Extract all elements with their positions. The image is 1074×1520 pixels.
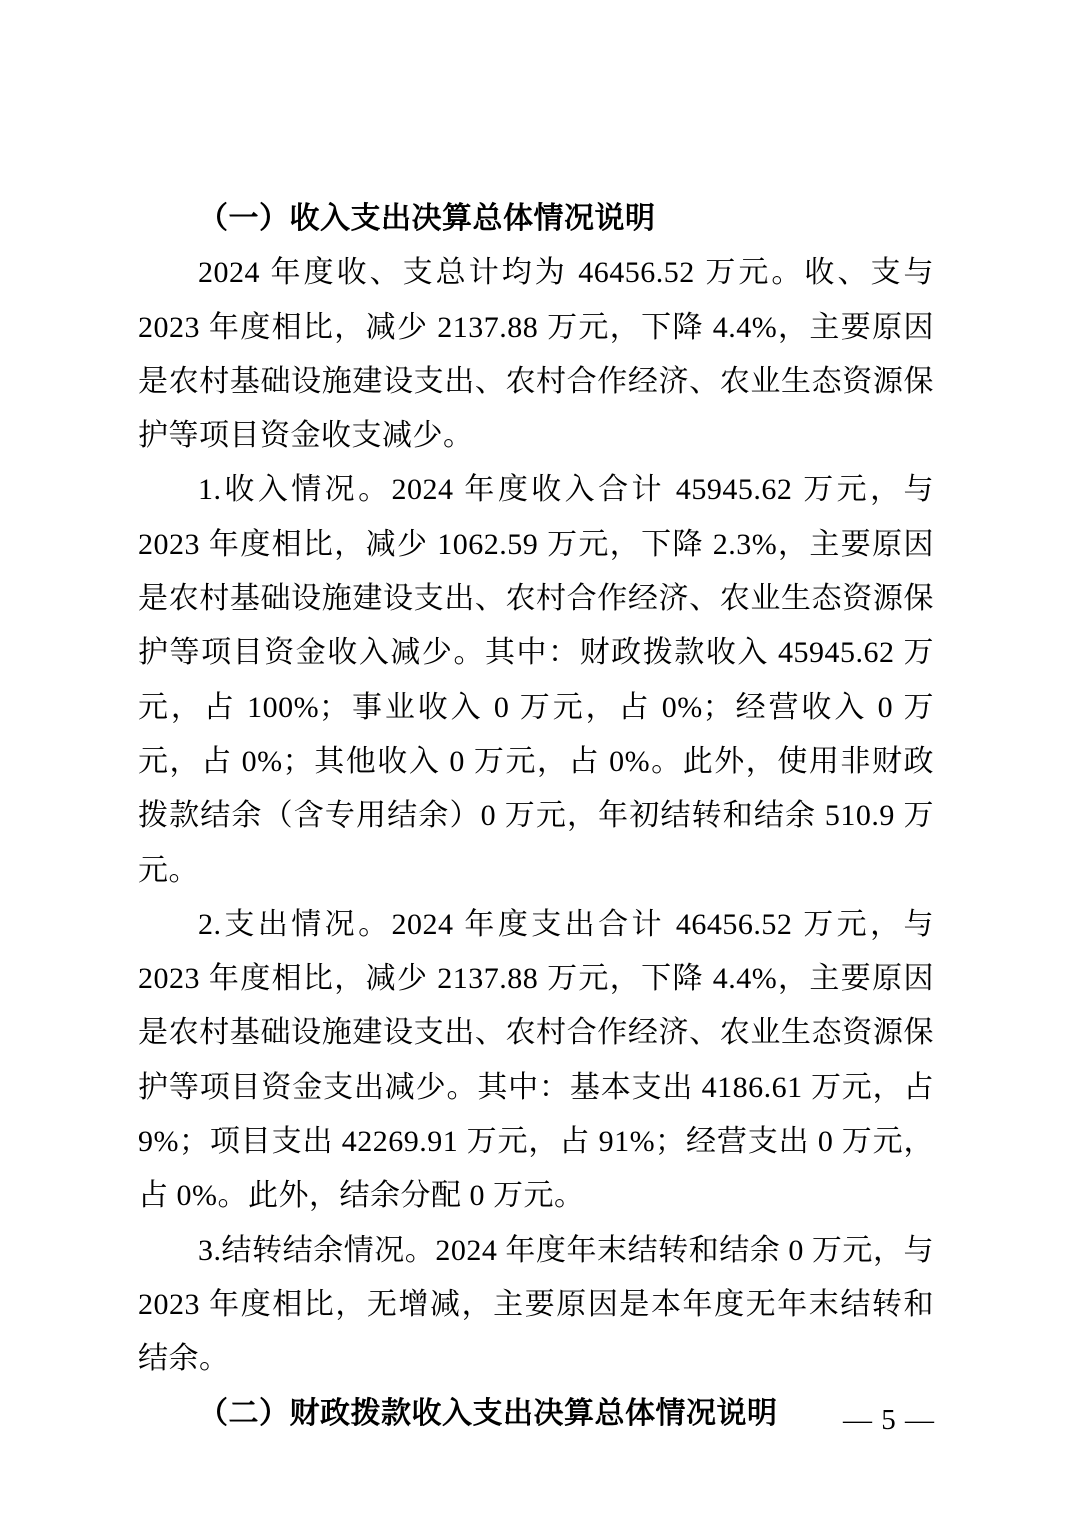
page-number: — 5 —	[843, 1400, 935, 1440]
paragraph-expenditure-situation: 2.支出情况。2024 年度支出合计 46456.52 万元，与 2023 年度…	[138, 898, 934, 1224]
document-page: （一）收入支出决算总体情况说明 2024 年度收、支总计均为 46456.52 …	[0, 0, 1074, 1520]
paragraph-income-situation: 1.收入情况。2024 年度收入合计 45945.62 万元，与 2023 年度…	[138, 463, 934, 897]
paragraph-total-overview: 2024 年度收、支总计均为 46456.52 万元。收、支与 2023 年度相…	[138, 246, 934, 463]
document-body: （一）收入支出决算总体情况说明 2024 年度收、支总计均为 46456.52 …	[138, 192, 934, 1441]
section-heading-income-expenditure-overview: （一）收入支出决算总体情况说明	[138, 192, 934, 246]
paragraph-carryover-balance: 3.结转结余情况。2024 年度年末结转和结余 0 万元，与 2023 年度相比…	[138, 1224, 934, 1387]
section-heading-fiscal-appropriation-overview: （二）财政拨款收入支出决算总体情况说明	[138, 1387, 934, 1441]
